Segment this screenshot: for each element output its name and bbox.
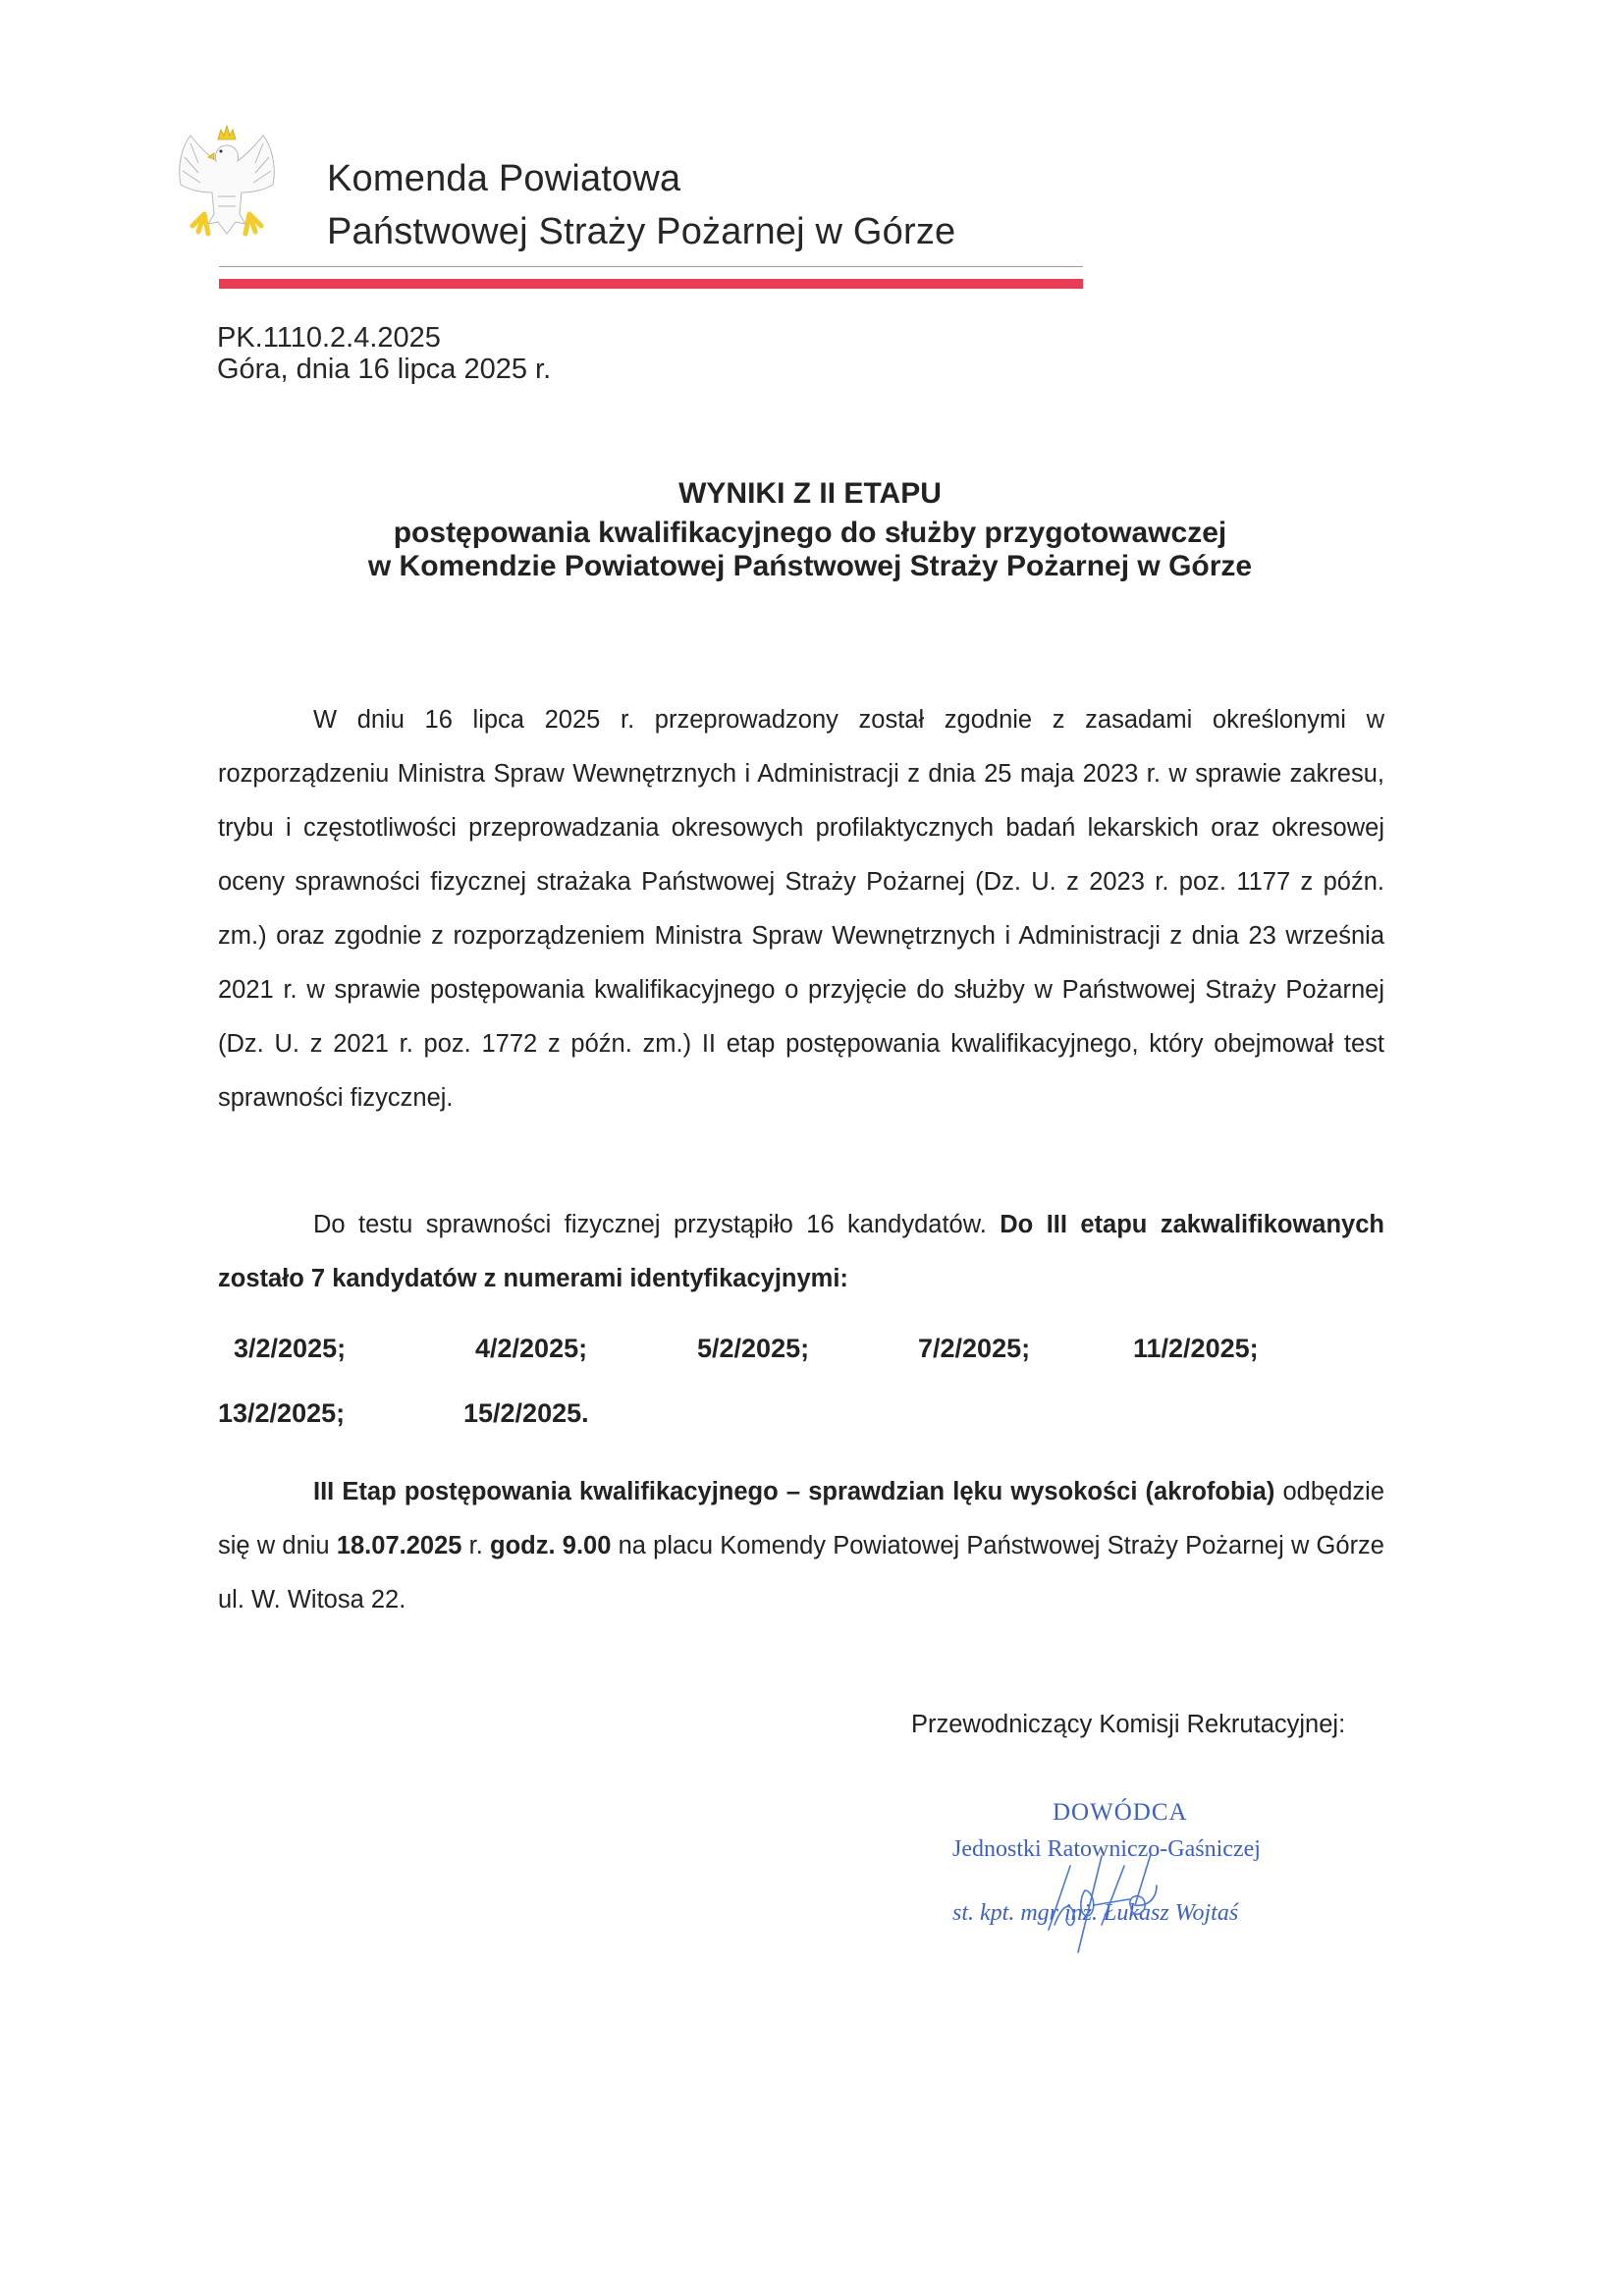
candidate-id: 5/2/2025;	[697, 1334, 809, 1364]
candidate-list-row: 13/2/2025; 15/2/2025.	[218, 1398, 1384, 1438]
institution-name-line1: Komenda Powiatowa	[327, 157, 680, 200]
case-number: PK.1110.2.4.2025	[217, 322, 441, 354]
document-title: WYNIKI Z II ETAPU	[196, 477, 1424, 511]
handwritten-signature-icon	[1041, 1846, 1178, 1954]
candidate-id: 4/2/2025;	[475, 1334, 587, 1364]
document-subtitle-line2: w Komendzie Powiatowej Państwowej Straży…	[196, 550, 1424, 583]
next-stage-date: 18.07.2025	[337, 1532, 462, 1559]
candidate-id: 7/2/2025;	[918, 1334, 1030, 1364]
institution-name-line2: Państwowej Straży Pożarnej w Górze	[327, 210, 955, 253]
candidate-id: 11/2/2025;	[1133, 1334, 1259, 1364]
signatory-label: Przewodniczący Komisji Rekrutacyjnej:	[911, 1711, 1345, 1739]
candidate-id: 3/2/2025;	[234, 1334, 346, 1364]
place-date: Góra, dnia 16 lipca 2025 r.	[217, 354, 551, 385]
next-stage-text: r.	[461, 1532, 490, 1559]
document-subtitle-line1: postępowania kwalifikacyjnego do służby …	[196, 517, 1424, 550]
next-stage-time: godz. 9.00	[490, 1532, 611, 1559]
candidate-id: 15/2/2025.	[463, 1398, 589, 1429]
paragraph-results: Do testu sprawności fizycznej przystąpił…	[218, 1198, 1384, 1306]
results-text: Do testu sprawności fizycznej przystąpił…	[313, 1211, 1000, 1238]
paragraph-text: W dniu 16 lipca 2025 r. przeprowadzony z…	[218, 693, 1384, 1125]
stamp-title: DOWÓDCA	[1053, 1799, 1188, 1827]
header-divider-gray	[219, 266, 1083, 267]
paragraph-legal-basis: W dniu 16 lipca 2025 r. przeprowadzony z…	[218, 693, 1384, 1125]
candidate-list-row: 3/2/2025; 4/2/2025; 5/2/2025; 7/2/2025; …	[218, 1334, 1384, 1373]
polish-eagle-emblem-icon	[169, 116, 285, 248]
header-divider-red	[219, 279, 1083, 289]
candidate-id: 13/2/2025;	[218, 1398, 345, 1429]
paragraph-next-stage: III Etap postępowania kwalifikacyjnego –…	[218, 1465, 1384, 1627]
next-stage-title: III Etap postępowania kwalifikacyjnego –…	[313, 1478, 1274, 1505]
